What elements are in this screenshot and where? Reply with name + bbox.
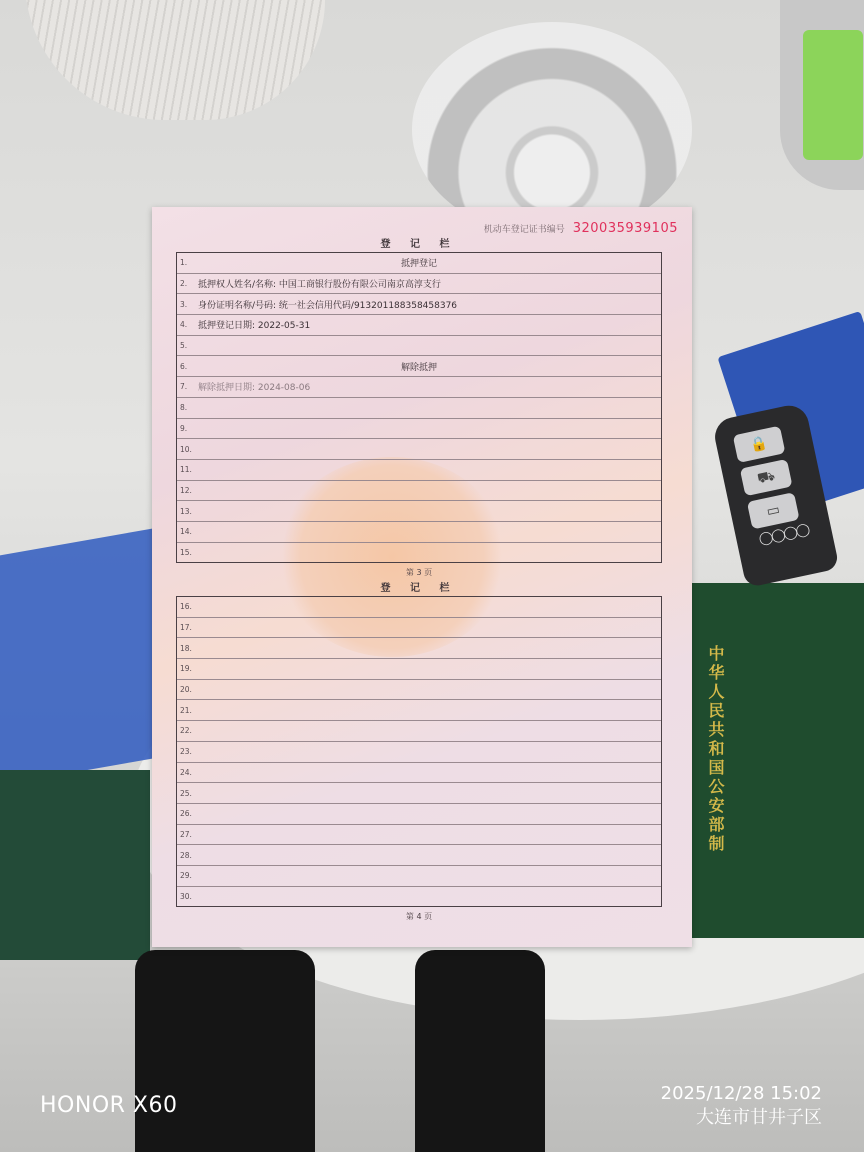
row-number: 20. [177, 685, 198, 694]
register-row: 14. [177, 522, 661, 543]
pillow [25, 0, 325, 120]
page-4-number: 第 4 页 [176, 911, 662, 922]
person-leg-left [135, 950, 315, 1152]
device-watermark: HONOR X60 [40, 1093, 177, 1118]
row-number: 23. [177, 747, 198, 756]
photo-scene: 中华人民共和国公安部制 🔒 ⛟ ▭ ◯◯◯◯ 机动车登记证书编号 3200359… [0, 0, 864, 1152]
person-leg-right [415, 950, 545, 1152]
green-package [803, 30, 863, 160]
register-row: 9. [177, 419, 661, 440]
register-row: 25. [177, 783, 661, 804]
page-3-title: 登 记 栏 [176, 235, 662, 250]
row-number: 3. [177, 300, 198, 309]
row-number: 10. [177, 445, 198, 454]
register-row: 29. [177, 866, 661, 887]
register-row: 11. [177, 460, 661, 481]
lock-icon: 🔒 [733, 426, 786, 463]
register-row: 10. [177, 439, 661, 460]
register-row: 21. [177, 700, 661, 721]
row-number: 4. [177, 320, 198, 329]
row-heading: 解除抵押 [177, 360, 661, 373]
register-row: 5. [177, 336, 661, 357]
row-number: 18. [177, 644, 198, 653]
row-number: 30. [177, 892, 198, 901]
car-icon: ⛟ [740, 459, 793, 496]
row-text: 解除抵押日期: 2024-08-06 [198, 380, 661, 393]
register-row: 16. [177, 597, 661, 618]
row-text: 身份证明名称/号码: 统一社会信用代码/913201188358458376 [198, 298, 661, 311]
row-number: 22. [177, 726, 198, 735]
row-number: 25. [177, 789, 198, 798]
register-row: 13. [177, 501, 661, 522]
row-number: 27. [177, 830, 198, 839]
row-number: 8. [177, 403, 198, 412]
register-row: 22. [177, 721, 661, 742]
green-booklet-text: 中华人民共和国公安部制 [704, 645, 727, 854]
row-number: 19. [177, 664, 198, 673]
row-number: 11. [177, 465, 198, 474]
row-number: 26. [177, 809, 198, 818]
row-number: 29. [177, 871, 198, 880]
register-row: 6.解除抵押 [177, 356, 661, 377]
register-row: 17. [177, 618, 661, 639]
row-text: 抵押权人姓名/名称: 中国工商银行股份有限公司南京高淳支行 [198, 277, 661, 290]
register-row: 15. [177, 543, 661, 563]
register-row: 4.抵押登记日期: 2022-05-31 [177, 315, 661, 336]
row-number: 12. [177, 486, 198, 495]
register-row: 19. [177, 659, 661, 680]
row-number: 14. [177, 527, 198, 536]
row-number: 5. [177, 341, 198, 350]
location-stamp: 大连市甘井子区 [661, 1106, 822, 1130]
page-4-title: 登 记 栏 [176, 579, 662, 594]
blue-card [0, 525, 175, 786]
trunk-icon: ▭ [747, 492, 800, 529]
row-number: 28. [177, 851, 198, 860]
datetime-location-watermark: 2025/12/28 15:02 大连市甘井子区 [661, 1082, 822, 1130]
row-text: 抵押登记日期: 2022-05-31 [198, 318, 661, 331]
row-number: 16. [177, 602, 198, 611]
page-4: 登 记 栏 16.17.18.19.20.21.22.23.24.25.26.2… [176, 579, 662, 922]
register-row: 24. [177, 763, 661, 784]
chair [0, 770, 150, 960]
register-row: 1.抵押登记 [177, 253, 661, 274]
vehicle-registration-certificate: 机动车登记证书编号 320035939105 登 记 栏 1.抵押登记2.抵押权… [152, 207, 692, 947]
certificate-number-label: 机动车登记证书编号 [484, 222, 565, 235]
register-row: 28. [177, 845, 661, 866]
register-row: 26. [177, 804, 661, 825]
register-row: 12. [177, 481, 661, 502]
register-row: 18. [177, 638, 661, 659]
page-3-number: 第 3 页 [176, 567, 662, 578]
row-number: 7. [177, 382, 198, 391]
glass-bowl [412, 22, 692, 237]
register-row: 20. [177, 680, 661, 701]
register-row: 3.身份证明名称/号码: 统一社会信用代码/913201188358458376 [177, 294, 661, 315]
certificate-number-value: 320035939105 [573, 221, 678, 236]
register-row: 7.解除抵押日期: 2024-08-06 [177, 377, 661, 398]
register-row: 30. [177, 887, 661, 907]
page-3-grid: 1.抵押登记2.抵押权人姓名/名称: 中国工商银行股份有限公司南京高淳支行3.身… [176, 252, 662, 563]
row-heading: 抵押登记 [177, 256, 661, 269]
row-number: 9. [177, 424, 198, 433]
datetime-stamp: 2025/12/28 15:02 [661, 1082, 822, 1106]
row-number: 15. [177, 548, 198, 557]
row-number: 17. [177, 623, 198, 632]
register-row: 8. [177, 398, 661, 419]
register-row: 23. [177, 742, 661, 763]
certificate-number: 机动车登记证书编号 320035939105 [484, 221, 678, 236]
register-row: 27. [177, 825, 661, 846]
register-row: 2.抵押权人姓名/名称: 中国工商银行股份有限公司南京高淳支行 [177, 274, 661, 295]
row-number: 2. [177, 279, 198, 288]
page-3: 登 记 栏 1.抵押登记2.抵押权人姓名/名称: 中国工商银行股份有限公司南京高… [176, 235, 662, 578]
page-4-grid: 16.17.18.19.20.21.22.23.24.25.26.27.28.2… [176, 596, 662, 907]
row-number: 24. [177, 768, 198, 777]
row-number: 13. [177, 507, 198, 516]
row-number: 21. [177, 706, 198, 715]
